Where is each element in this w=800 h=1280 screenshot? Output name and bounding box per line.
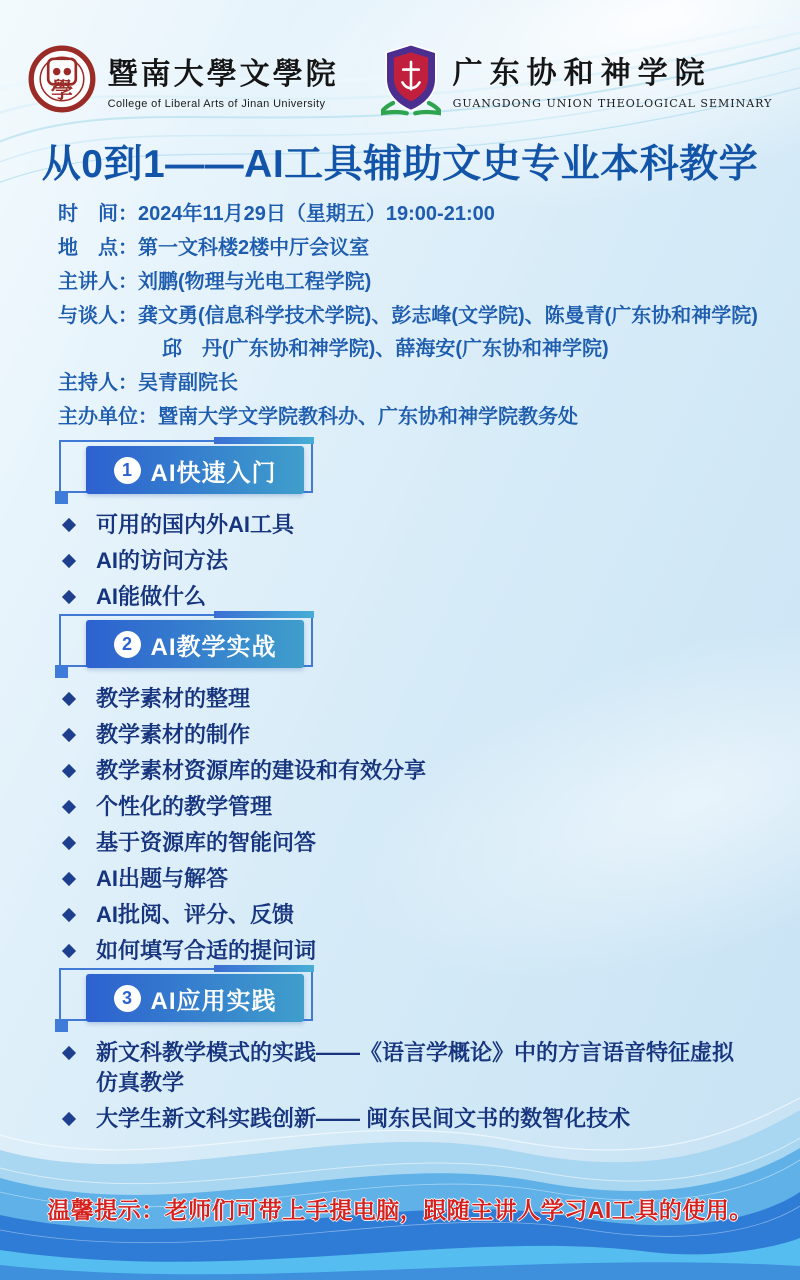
banner-square-decoration <box>55 665 68 678</box>
detail-value: 刘鹏(物理与光电工程学院) <box>138 271 371 294</box>
diamond-bullet-icon <box>62 1112 76 1126</box>
detail-label: 与谈人： <box>58 305 138 328</box>
list-item: 可用的国内外AI工具 <box>58 510 774 540</box>
banner-square-decoration <box>55 491 68 504</box>
diamond-bullet-icon <box>62 590 76 604</box>
diamond-bullet-icon <box>62 800 76 814</box>
detail-label: 主办单位： <box>58 406 158 429</box>
list-item: 个性化的教学管理 <box>58 792 774 822</box>
section-number-badge: 2 <box>114 631 141 658</box>
section-number-badge: 1 <box>114 457 141 484</box>
diamond-bullet-icon <box>62 1046 76 1060</box>
item-text: AI能做什么 <box>96 582 206 612</box>
item-text: 教学素材的整理 <box>96 684 250 714</box>
list-item: 教学素材的整理 <box>58 684 774 714</box>
detail-value: 第一文科楼2楼中厅会议室 <box>138 237 369 260</box>
item-text: AI批阅、评分、反馈 <box>96 900 294 930</box>
list-item: AI的访问方法 <box>58 546 774 576</box>
section-1-banner: 1 AI快速入门 <box>86 446 304 494</box>
item-text: 可用的国内外AI工具 <box>96 510 294 540</box>
detail-host: 主持人： 吴青副院长 <box>58 372 800 395</box>
org-seminary-text: 广东协和神学院 GUANGDONG UNION THEOLOGICAL SEMI… <box>453 48 773 110</box>
section-title: AI快速入门 <box>151 453 277 488</box>
detail-time: 时 间： 2024年11月29日（星期五）19:00-21:00 <box>58 203 800 226</box>
item-text: 新文科教学模式的实践——《语言学概论》中的方言语音特征虚拟仿真教学 <box>96 1038 748 1098</box>
diamond-bullet-icon <box>62 944 76 958</box>
diamond-bullet-icon <box>62 554 76 568</box>
section-number-badge: 3 <box>114 985 141 1012</box>
jinan-seal-icon: 學 <box>28 45 96 113</box>
org-seminary-name-en: GUANGDONG UNION THEOLOGICAL SEMINARY <box>453 97 773 110</box>
event-details: 时 间： 2024年11月29日（星期五）19:00-21:00 地 点： 第一… <box>58 203 800 440</box>
seminary-shield-icon <box>381 42 441 116</box>
org-jinan-name-zh: 暨南大學文學院 <box>108 49 339 93</box>
section-3-items: 新文科教学模式的实践——《语言学概论》中的方言语音特征虚拟仿真教学 大学生新文科… <box>58 1038 774 1134</box>
org-jinan-name-en: College of Liberal Arts of Jinan Univers… <box>108 98 339 110</box>
section-ai-teaching-practice: 2 AI教学实战 教学素材的整理 教学素材的制作 教学素材资源库的建设和有效分享… <box>58 620 774 966</box>
section-ai-application-practice: 3 AI应用实践 新文科教学模式的实践——《语言学概论》中的方言语音特征虚拟仿真… <box>58 974 774 1134</box>
diamond-bullet-icon <box>62 728 76 742</box>
diamond-bullet-icon <box>62 836 76 850</box>
item-text: 教学素材资源库的建设和有效分享 <box>96 756 426 786</box>
list-item: 教学素材的制作 <box>58 720 774 750</box>
list-item: 如何填写合适的提问词 <box>58 936 774 966</box>
diamond-bullet-icon <box>62 872 76 886</box>
item-text: 如何填写合适的提问词 <box>96 936 316 966</box>
org-jinan-university: 學 暨南大學文學院 College of Liberal Arts of Jin… <box>28 45 339 113</box>
warm-tip-text: 温馨提示：老师们可带上手提电脑，跟随主讲人学习AI工具的使用。 <box>0 1192 800 1225</box>
section-ai-quick-start: 1 AI快速入门 可用的国内外AI工具 AI的访问方法 AI能做什么 <box>58 446 774 612</box>
item-text: 个性化的教学管理 <box>96 792 272 822</box>
list-item: 大学生新文科实践创新—— 闽东民间文书的数智化技术 <box>58 1104 774 1134</box>
section-1-items: 可用的国内外AI工具 AI的访问方法 AI能做什么 <box>58 510 774 612</box>
detail-speaker: 主讲人： 刘鹏(物理与光电工程学院) <box>58 271 800 294</box>
section-2-items: 教学素材的整理 教学素材的制作 教学素材资源库的建设和有效分享 个性化的教学管理… <box>58 684 774 966</box>
section-2-banner: 2 AI教学实战 <box>86 620 304 668</box>
list-item: 教学素材资源库的建设和有效分享 <box>58 756 774 786</box>
section-1-title-bar: 1 AI快速入门 <box>86 446 304 494</box>
diamond-bullet-icon <box>62 692 76 706</box>
detail-label: 主讲人： <box>58 271 138 294</box>
item-text: AI的访问方法 <box>96 546 228 576</box>
banner-dash-decoration <box>214 965 314 972</box>
diamond-bullet-icon <box>62 764 76 778</box>
event-poster: 學 暨南大學文學院 College of Liberal Arts of Jin… <box>0 0 800 1280</box>
banner-square-decoration <box>55 1019 68 1032</box>
header: 學 暨南大學文學院 College of Liberal Arts of Jin… <box>0 42 800 116</box>
detail-discussants-continued: 邱 丹(广东协和神学院)、薛海安(广东协和神学院) <box>58 338 800 361</box>
org-union-seminary: 广东协和神学院 GUANGDONG UNION THEOLOGICAL SEMI… <box>381 42 773 116</box>
item-text: 教学素材的制作 <box>96 720 250 750</box>
seal-center-glyph: 學 <box>49 78 72 103</box>
list-item: AI能做什么 <box>58 582 774 612</box>
list-item: AI出题与解答 <box>58 864 774 894</box>
item-text: AI出题与解答 <box>96 864 228 894</box>
list-item: AI批阅、评分、反馈 <box>58 900 774 930</box>
detail-value: 龚文勇(信息科学技术学院)、彭志峰(文学院)、陈曼青(广东协和神学院) <box>138 305 758 328</box>
section-title: AI教学实战 <box>151 627 277 662</box>
detail-organizer: 主办单位： 暨南大学文学院教科办、广东协和神学院教务处 <box>58 406 800 429</box>
banner-dash-decoration <box>214 437 314 444</box>
org-seminary-name-zh: 广东协和神学院 <box>453 48 773 92</box>
diamond-bullet-icon <box>62 908 76 922</box>
section-2-title-bar: 2 AI教学实战 <box>86 620 304 668</box>
org-jinan-text: 暨南大學文學院 College of Liberal Arts of Jinan… <box>108 49 339 110</box>
item-text: 基于资源库的智能问答 <box>96 828 316 858</box>
list-item: 基于资源库的智能问答 <box>58 828 774 858</box>
detail-value: 2024年11月29日（星期五）19:00-21:00 <box>138 203 495 226</box>
detail-label: 主持人： <box>58 372 138 395</box>
detail-value: 吴青副院长 <box>138 372 238 395</box>
detail-location: 地 点： 第一文科楼2楼中厅会议室 <box>58 237 800 260</box>
diamond-bullet-icon <box>62 518 76 532</box>
section-title: AI应用实践 <box>151 981 277 1016</box>
detail-label: 地 点： <box>58 237 138 260</box>
detail-discussants: 与谈人： 龚文勇(信息科学技术学院)、彭志峰(文学院)、陈曼青(广东协和神学院) <box>58 305 800 328</box>
section-3-title-bar: 3 AI应用实践 <box>86 974 304 1022</box>
detail-value: 暨南大学文学院教科办、广东协和神学院教务处 <box>158 406 578 429</box>
banner-dash-decoration <box>214 611 314 618</box>
detail-label: 时 间： <box>58 203 138 226</box>
page-title: 从0到1——AI工具辅助文史专业本科教学 <box>0 133 800 189</box>
item-text: 大学生新文科实践创新—— 闽东民间文书的数智化技术 <box>96 1104 630 1134</box>
section-3-banner: 3 AI应用实践 <box>86 974 304 1022</box>
list-item: 新文科教学模式的实践——《语言学概论》中的方言语音特征虚拟仿真教学 <box>58 1038 774 1098</box>
agenda-sections: 1 AI快速入门 可用的国内外AI工具 AI的访问方法 AI能做什么 2 AI教… <box>58 438 774 1140</box>
